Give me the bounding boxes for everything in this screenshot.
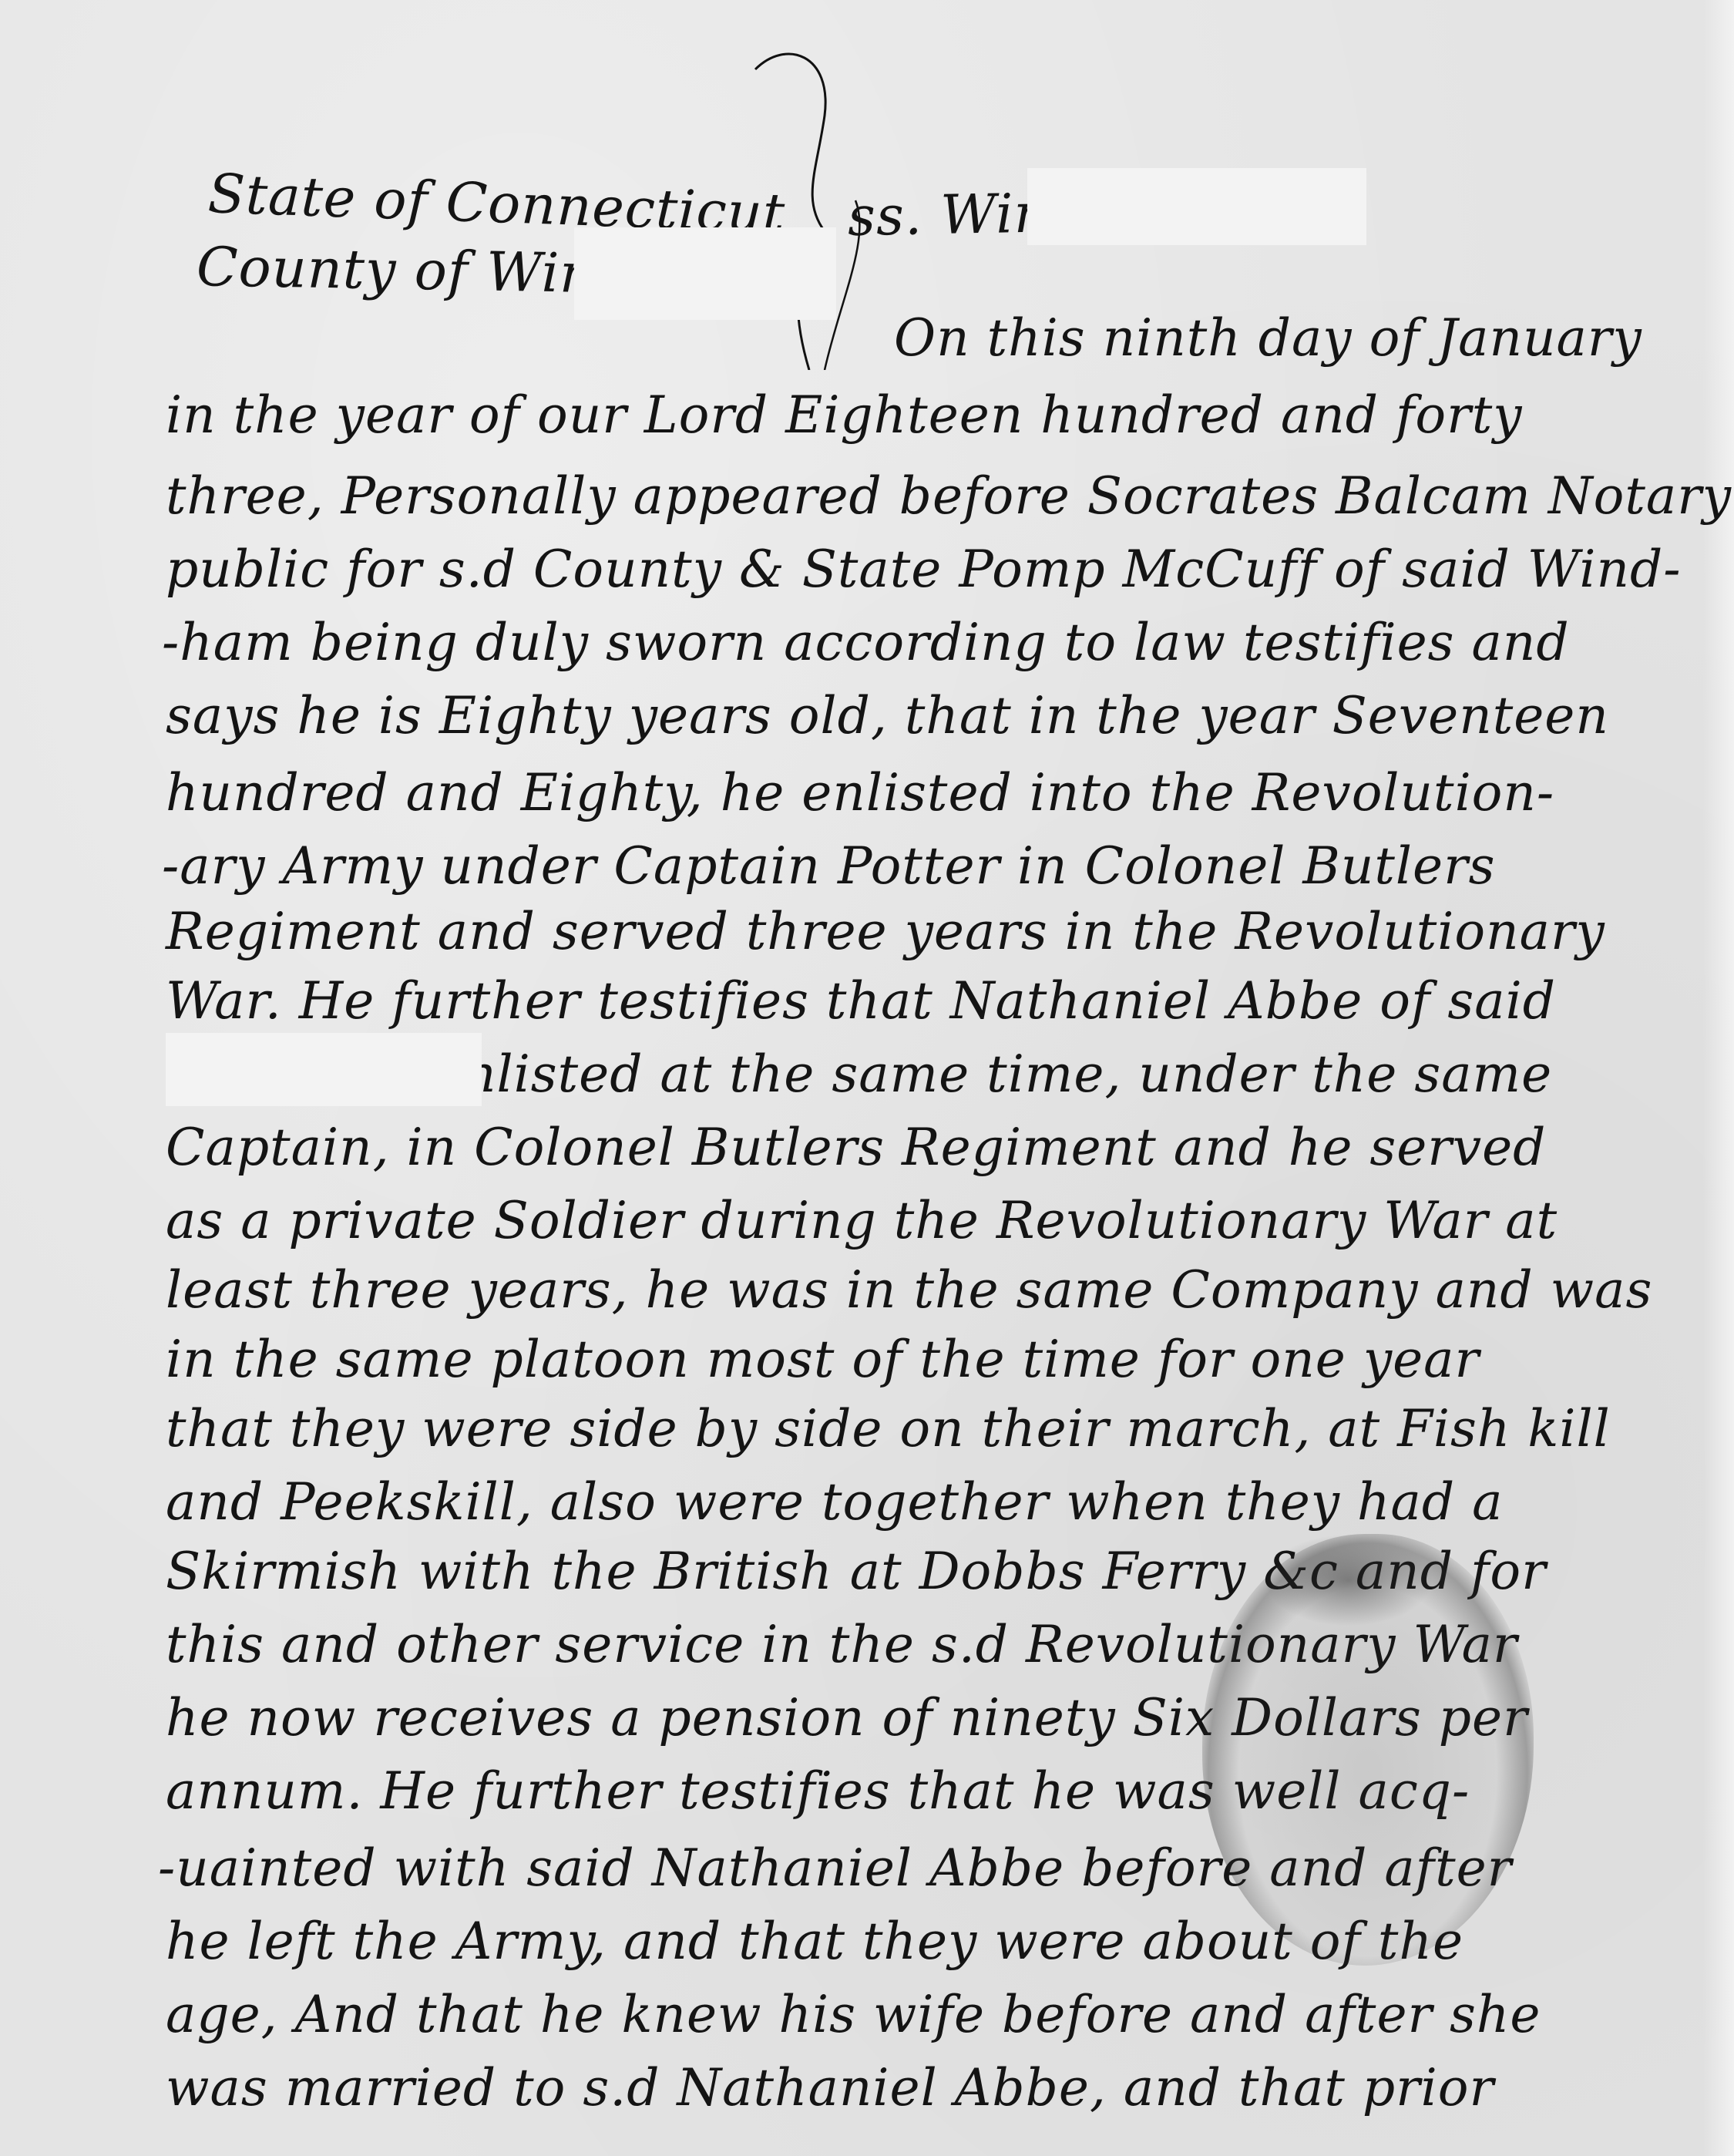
body-line: in the same platoon most of the time for… [166, 1330, 1480, 1389]
ink-blot-top [1264, 1534, 1433, 1626]
body-line: as a private Soldier during the Revoluti… [166, 1191, 1558, 1250]
redaction-box-ss [1027, 168, 1366, 245]
body-line: Captain, in Colonel Butlers Regiment and… [166, 1118, 1546, 1177]
body-line: -ham being duly sworn according to law t… [162, 613, 1570, 672]
body-line: that they were side by side on their mar… [166, 1399, 1611, 1458]
page-edge [1703, 0, 1734, 2156]
body-line: three, Personally appeared before Socrat… [166, 466, 1732, 526]
body-line: On this ninth day of January [894, 308, 1642, 368]
body-line: age, And that he knew his wife before an… [166, 1985, 1541, 2044]
body-line: -ary Army under Captain Potter in Colone… [162, 836, 1496, 896]
body-line: says he is Eighty years old, that in the… [166, 686, 1609, 745]
body-line: hundred and Eighty, he enlisted into the… [166, 763, 1554, 822]
redaction-box-body [166, 1033, 482, 1106]
body-line: Regiment and served three years in the R… [166, 902, 1605, 961]
redaction-box-county [574, 227, 836, 320]
body-line: least three years, he was in the same Co… [166, 1260, 1652, 1320]
body-line: public for s.d County & State Pomp McCuf… [166, 540, 1682, 599]
body-line: was married to s.d Nathaniel Abbe, and t… [166, 2058, 1494, 2117]
body-line: and Peekskill, also were together when t… [166, 1472, 1503, 1532]
body-line: in the year of our Lord Eighteen hundred… [166, 385, 1523, 445]
body-line: War. He further testifies that Nathaniel… [166, 971, 1556, 1031]
document-page: State of Connecticut County of Windham s… [0, 0, 1734, 2156]
